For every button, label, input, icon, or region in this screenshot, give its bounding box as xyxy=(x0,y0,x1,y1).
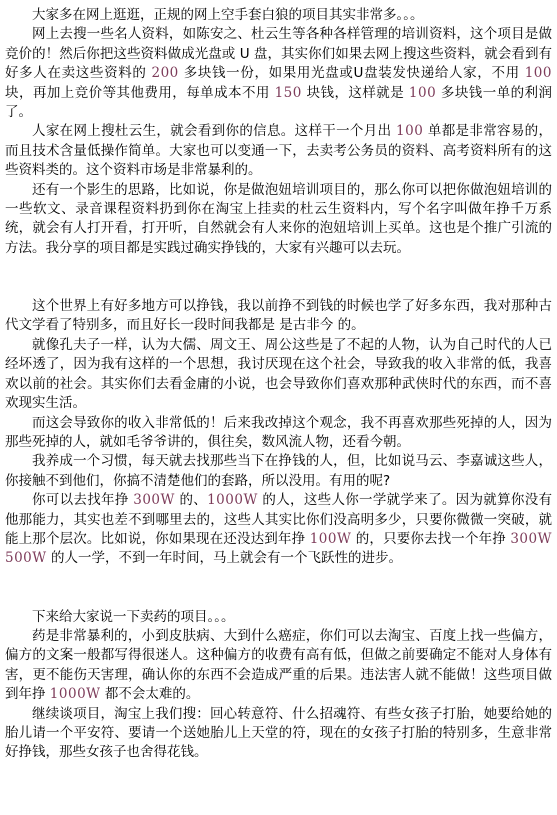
blank-line xyxy=(5,588,552,607)
number-highlight: 200 xyxy=(151,65,178,81)
paragraph: 还有一个影生的思路，比如说，你是做泡妞培训项目的，那么你可以把你做泡妞培训的一些… xyxy=(5,181,552,259)
text-run: 块钱，这样就是 xyxy=(302,85,409,101)
text-run: 人家在网上搜杜云生，就会看到你的信息。这样干一个月出 xyxy=(32,123,396,139)
text-run: 的，只要你去找一个年挣 xyxy=(351,531,510,547)
blank-line xyxy=(5,258,552,277)
paragraph: 网上去搜一些名人资料，如陈安之、杜云生等各种各样管理的培训资料，这个项目是做竞价… xyxy=(5,25,552,122)
number-highlight: 100W xyxy=(310,531,352,547)
number-highlight: 100 xyxy=(525,65,552,81)
number-highlight: 150 xyxy=(275,85,302,101)
text-run: 的人一学，不到一年时间，马上就会有一个飞跃性的进步。 xyxy=(47,550,402,566)
text-run: 的、 xyxy=(175,492,207,508)
number-highlight: 1000W xyxy=(207,492,258,508)
number-highlight: 100 xyxy=(409,85,436,101)
text-run: 而这会导致你的收入非常低的！后来我改掉这个观念，我不再喜欢那些死掉的人，因为那些… xyxy=(5,415,552,450)
paragraph: 我养成一个习惯，每天就去找那些当下在挣钱的人，但，比如说马云、李嘉诚这些人，你接… xyxy=(5,452,552,491)
paragraph: 药是非常暴利的，小到皮肤病、大到什么癌症，你们可以去淘宝、百度上找一些偏方，偏方… xyxy=(5,627,552,705)
paragraph: 而这会导致你的收入非常低的！后来我改掉这个观念，我不再喜欢那些死掉的人，因为那些… xyxy=(5,414,552,453)
paragraph: 继续谈项目，淘宝上我们搜：回心转意符、什么招魂符、有些女孩子打胎，她要给她的胎儿… xyxy=(5,705,552,763)
text-run: 大家多在网上逛逛，正规的网上空手套白狼的项目其实非常多。。。 xyxy=(32,7,424,23)
number-highlight: 100 xyxy=(396,123,423,139)
text-run: 还有一个影生的思路，比如说，你是做泡妞培训项目的，那么你可以把你做泡妞培训的一些… xyxy=(5,182,552,256)
text-run: 多块钱一份，如果用光盘或U盘装发快递给人家，不用 xyxy=(179,65,525,81)
paragraph: 这个世界上有好多地方可以挣钱，我以前挣不到钱的时候也学了好多东西，我对那种古代文… xyxy=(5,297,552,336)
document-body: 大家多在网上逛逛，正规的网上空手套白狼的项目其实非常多。。。网上去搜一些名人资料… xyxy=(5,6,552,763)
blank-line xyxy=(5,569,552,588)
paragraph: 人家在网上搜杜云生，就会看到你的信息。这样干一个月出 100 单都是非常容易的，… xyxy=(5,122,552,180)
text-run: 继续谈项目，淘宝上我们搜：回心转意符、什么招魂符、有些女孩子打胎，她要给她的胎儿… xyxy=(5,706,552,761)
text-run: 下来给大家说一下卖药的项目。。。 xyxy=(32,609,235,625)
text-run: 这个世界上有好多地方可以挣钱，我以前挣不到钱的时候也学了好多东西，我对那种古代文… xyxy=(5,298,552,333)
text-run: 我养成一个习惯，每天就去找那些当下在挣钱的人，但，比如说马云、李嘉诚这些人，你接… xyxy=(5,453,552,488)
text-run: 都不会太难的。 xyxy=(101,686,200,702)
paragraph: 就像孔夫子一样，认为大儒、周文王、周公这些是了不起的人物，认为自己时代的人已经坏… xyxy=(5,336,552,414)
text-run: 块，再加上竞价等其他费用，每单成本不用 xyxy=(5,85,275,101)
number-highlight: 1000W xyxy=(50,686,101,702)
number-highlight: 300W xyxy=(133,492,175,508)
document-page: 大家多在网上逛逛，正规的网上空手套白狼的项目其实非常多。。。网上去搜一些名人资料… xyxy=(0,0,557,815)
paragraph: 大家多在网上逛逛，正规的网上空手套白狼的项目其实非常多。。。 xyxy=(5,6,552,25)
paragraph: 下来给大家说一下卖药的项目。。。 xyxy=(5,608,552,627)
text-run: 就像孔夫子一样，认为大儒、周文王、周公这些是了不起的人物，认为自己时代的人已经坏… xyxy=(5,337,552,411)
paragraph: 你可以去找年挣 300W 的、1000W 的人，这些人你一学就学来了。因为就算你… xyxy=(5,491,552,569)
blank-line xyxy=(5,278,552,297)
text-run: 你可以去找年挣 xyxy=(32,492,133,508)
